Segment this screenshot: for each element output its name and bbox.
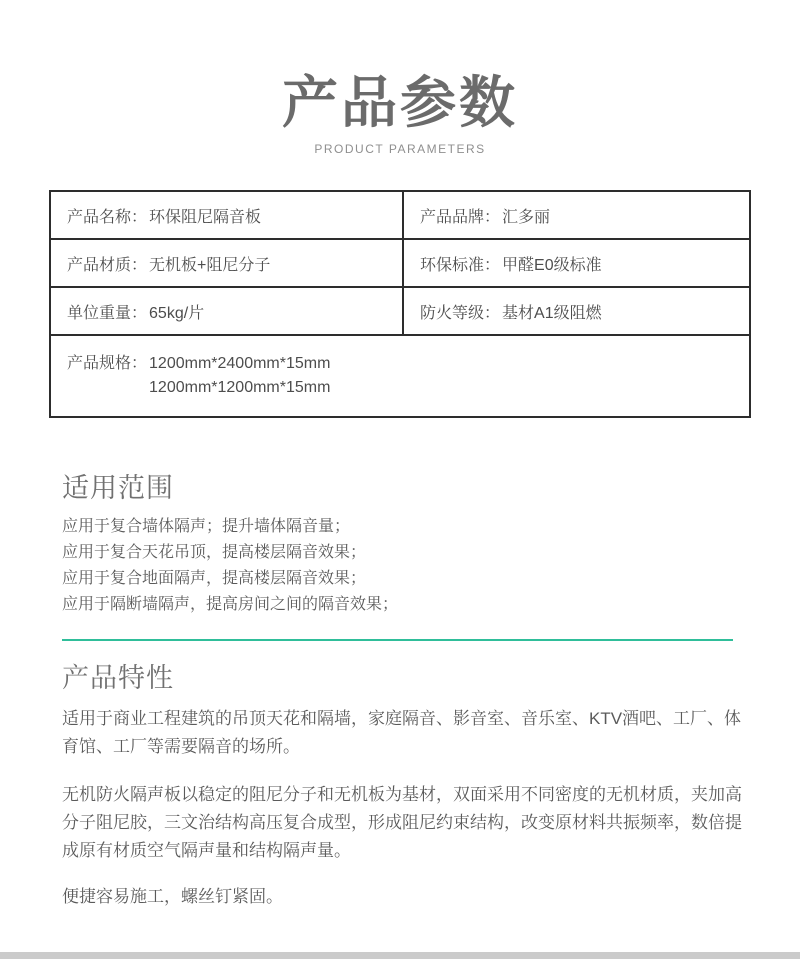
page-subtitle: PRODUCT PARAMETERS [0,142,800,156]
size-value-1: 1200mm*2400mm*15mm [149,352,330,376]
table-row-size: 产品规格： 1200mm*2400mm*15mm 1200mm*1200mm*1… [51,336,749,416]
bottom-gray-bar [0,952,800,959]
cell-value: 基材A1级阻燃 [502,300,602,323]
cell-value: 甲醛E0级标准 [502,252,602,275]
feature-paragraph: 适用于商业工程建筑的吊顶天花和隔墙，家庭隔音、影音室、音乐室、KTV酒吧、工厂、… [62,705,748,761]
teal-divider [62,639,733,641]
feature-paragraph: 便捷容易施工，螺丝钉紧固。 [62,883,748,911]
cell-product-name: 产品名称： 环保阻尼隔音板 [51,192,404,238]
cell-fire-rating: 防火等级： 基材A1级阻燃 [404,288,749,334]
scope-line: 应用于复合墙体隔声；提升墙体隔音量； [62,514,742,540]
cell-label: 产品规格： [67,352,147,376]
cell-value: 无机板+阻尼分子 [149,252,270,275]
cell-label: 防火等级： [420,300,500,323]
header: 产品参数 PRODUCT PARAMETERS [0,0,800,156]
cell-label: 单位重量： [67,300,147,323]
cell-value: 环保阻尼隔音板 [149,204,261,227]
scope-line: 应用于隔断墙隔声，提高房间之间的隔音效果； [62,592,742,618]
cell-label: 产品名称： [67,204,147,227]
feature-paragraph: 无机防火隔声板以稳定的阻尼分子和无机板为基材，双面采用不同密度的无机材质，夹加高… [62,781,748,865]
cell-label: 环保标准： [420,252,500,275]
size-values: 1200mm*2400mm*15mm 1200mm*1200mm*15mm [149,352,330,400]
scope-lines: 应用于复合墙体隔声；提升墙体隔音量； 应用于复合天花吊顶，提高楼层隔音效果； 应… [62,514,742,618]
cell-label: 产品材质： [67,252,147,275]
content-sections: 适用范围 应用于复合墙体隔声；提升墙体隔音量； 应用于复合天花吊顶，提高楼层隔音… [62,466,742,911]
features-section-heading: 产品特性 [62,656,742,695]
cell-product-brand: 产品品牌： 汇多丽 [404,192,749,238]
spec-table: 产品名称： 环保阻尼隔音板 产品品牌： 汇多丽 产品材质： 无机板+阻尼分子 环… [49,190,751,418]
table-row: 单位重量： 65kg/片 防火等级： 基材A1级阻燃 [51,288,749,336]
scope-section-heading: 适用范围 [62,466,742,505]
cell-eco-standard: 环保标准： 甲醛E0级标准 [404,240,749,286]
page-title: 产品参数 [0,72,800,134]
cell-product-size: 产品规格： 1200mm*2400mm*15mm 1200mm*1200mm*1… [51,336,330,416]
cell-product-material: 产品材质： 无机板+阻尼分子 [51,240,404,286]
table-row: 产品名称： 环保阻尼隔音板 产品品牌： 汇多丽 [51,192,749,240]
scope-line: 应用于复合天花吊顶，提高楼层隔音效果； [62,540,742,566]
cell-unit-weight: 单位重量： 65kg/片 [51,288,404,334]
cell-value: 65kg/片 [149,300,204,323]
size-value-2: 1200mm*1200mm*15mm [149,376,330,400]
scope-line: 应用于复合地面隔声，提高楼层隔音效果； [62,566,742,592]
cell-value: 汇多丽 [502,204,550,227]
table-row: 产品材质： 无机板+阻尼分子 环保标准： 甲醛E0级标准 [51,240,749,288]
product-parameters-page: 产品参数 PRODUCT PARAMETERS 产品名称： 环保阻尼隔音板 产品… [0,0,800,959]
cell-label: 产品品牌： [420,204,500,227]
